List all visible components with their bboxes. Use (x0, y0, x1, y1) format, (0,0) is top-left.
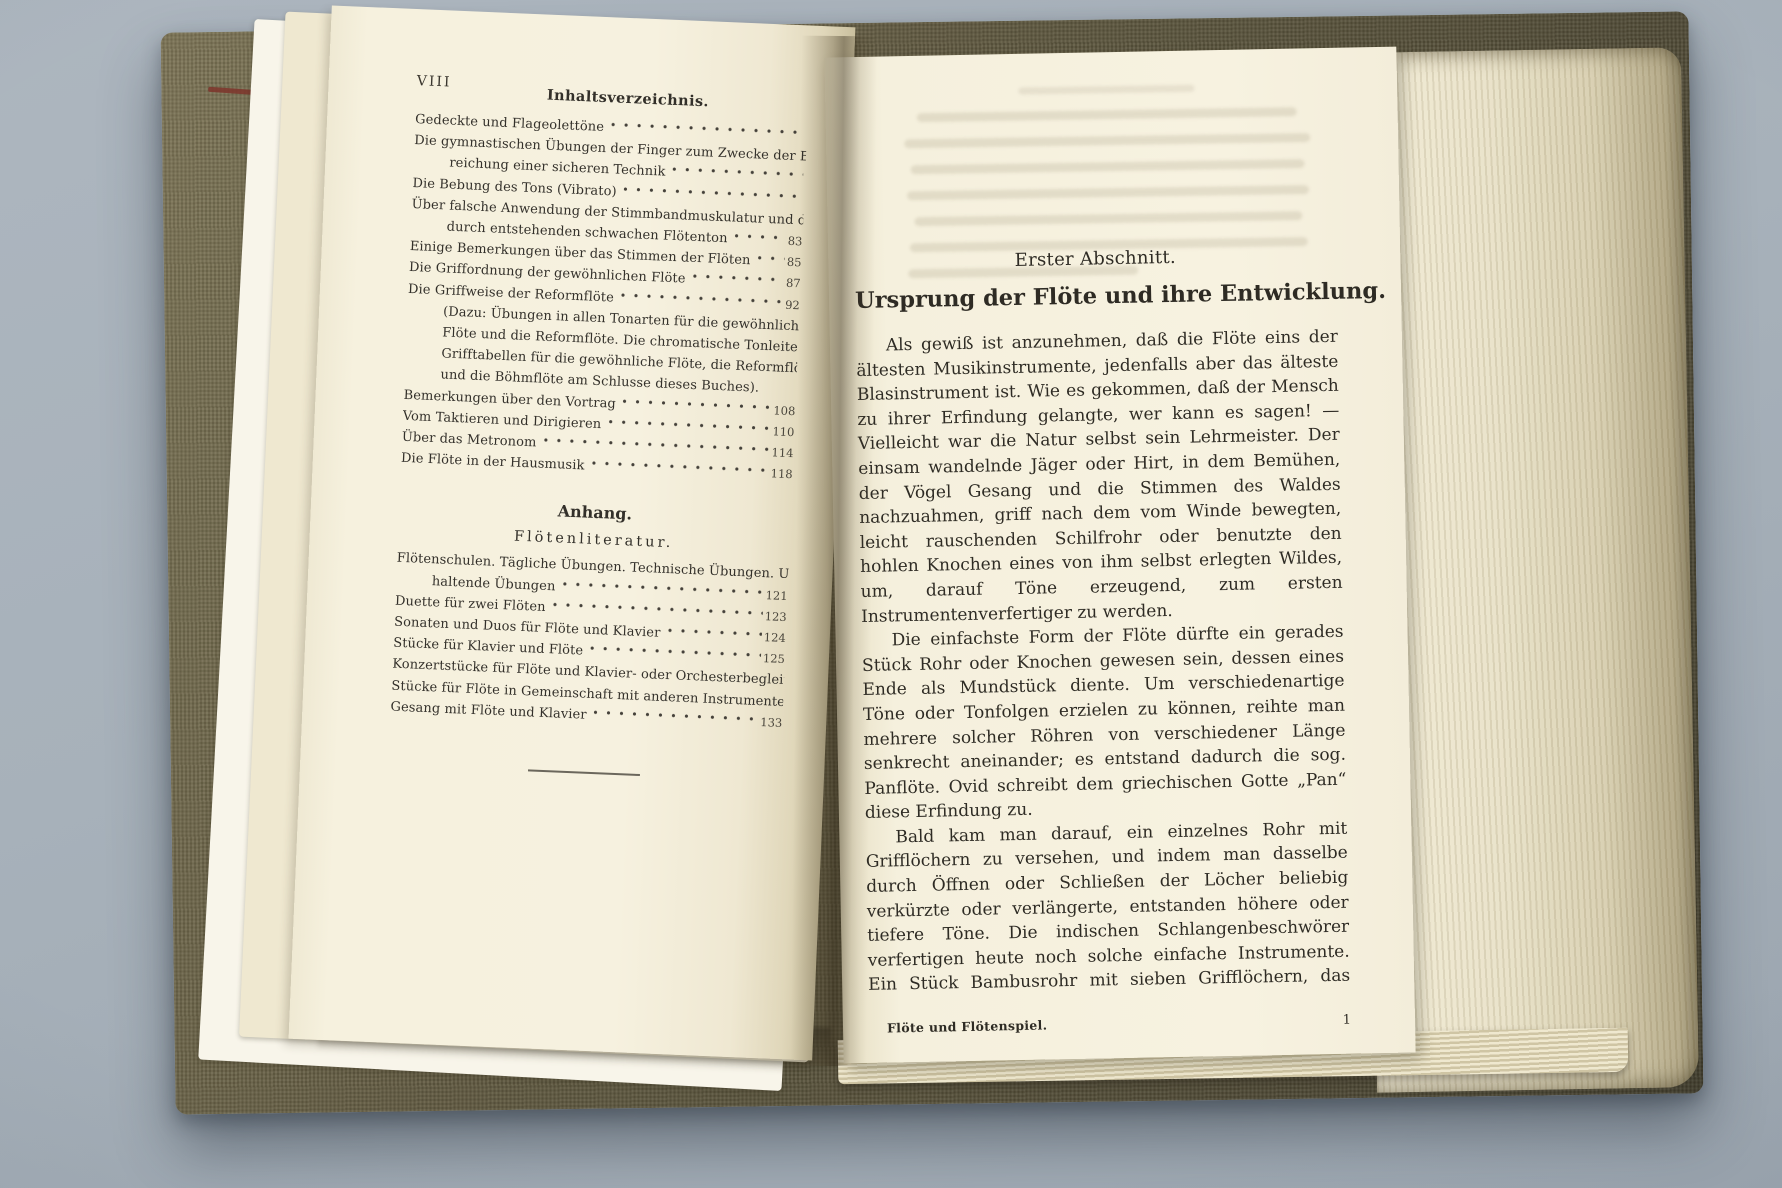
toc-page-number: 83 (787, 231, 803, 253)
toc-page-number: 125 (762, 648, 785, 670)
toc-heading: Inhaltsverzeichnis. (547, 87, 710, 111)
photo-scene: VIII Inhaltsverzeichnis. Gedeckte und Fl… (0, 0, 1782, 1188)
paragraph: Als gewiß ist anzunehmen, daß die Flöte … (856, 325, 1344, 629)
page-number-roman: VIII (416, 73, 451, 90)
show-through-text (885, 83, 1330, 290)
toc-page-number: 121 (765, 585, 788, 607)
dotted-leader (757, 252, 785, 266)
toc-page-number: 92 (785, 294, 801, 316)
toc-page-number: 85 (786, 252, 802, 274)
toc-page-number: 124 (763, 627, 786, 649)
appendix-heading: Anhang. (399, 495, 791, 530)
toc-page-number: 108 (773, 400, 796, 422)
dotted-leader (734, 230, 786, 245)
toc-page-number: 123 (764, 606, 787, 628)
right-page: Erster Abschnitt. Ursprung der Flöte und… (824, 47, 1415, 1064)
section-divider-rule (528, 769, 640, 776)
dotted-leader (667, 624, 762, 641)
toc-page-number: 110 (772, 421, 795, 443)
page-number: 1 (1343, 1013, 1352, 1028)
paragraph: Bald kam man darauf, ein einzelnes Rohr … (865, 817, 1350, 998)
appendix-list: Flötenschulen. Tägliche Übungen. Technis… (390, 548, 789, 734)
dotted-leader (611, 118, 805, 139)
toc-page-number: 133 (760, 712, 783, 734)
left-page-header: VIII Inhaltsverzeichnis. (416, 73, 809, 115)
paragraph: Die einfachste Form der Flöte dürfte ein… (861, 620, 1347, 826)
toc-page-number: 87 (786, 273, 802, 295)
left-page: VIII Inhaltsverzeichnis. Gedeckte und Fl… (289, 5, 856, 1060)
dotted-leader (692, 270, 784, 287)
toc-page-number: 114 (771, 442, 794, 464)
page-footer: Flöte und Flötenspiel. 1 (869, 1012, 1351, 1037)
toc-page-number: 118 (770, 464, 793, 486)
body-text: Als gewiß ist anzunehmen, daß die Flöte … (856, 325, 1351, 998)
signature-line: Flöte und Flötenspiel. (869, 1017, 1048, 1035)
toc-list: Gedeckte und FlageolettöneDie gymnastisc… (401, 109, 808, 486)
